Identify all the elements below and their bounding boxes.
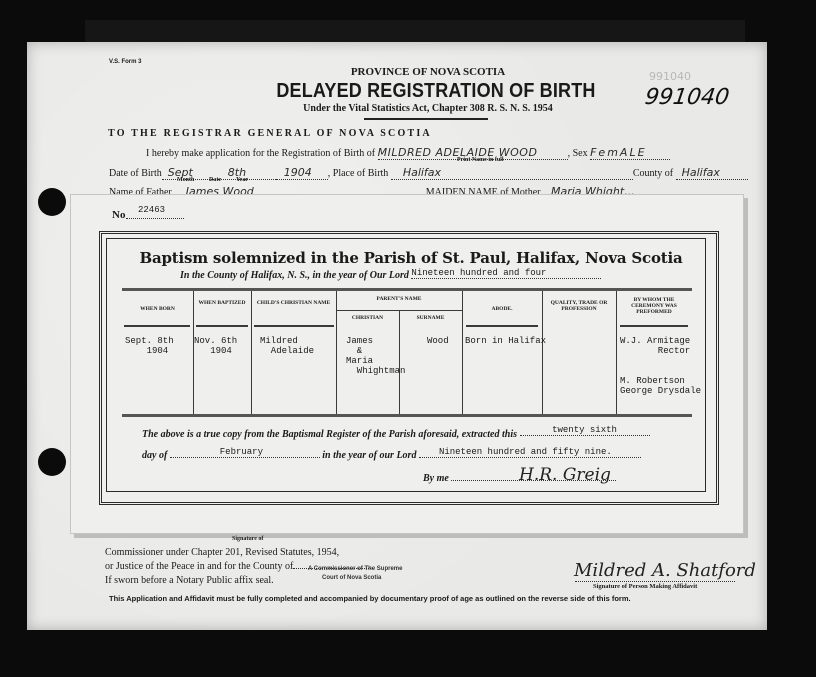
dob-year-field: 1904 (276, 166, 328, 180)
name-line: I hereby make application for the Regist… (146, 146, 670, 160)
sex-field: FemALE (590, 146, 670, 160)
name-caption: Print Name in full (457, 157, 504, 163)
county-label: County of (633, 168, 673, 179)
col-header-performed-by: BY WHOM THE CEREMONY WAS PREFORMED (620, 297, 688, 315)
punch-hole-bottom (38, 448, 66, 476)
col-header-abode: ABODE. (462, 306, 542, 312)
attest-day-field: twenty sixth (520, 425, 650, 436)
cell-parent-surname: Wood (427, 336, 449, 346)
certificate-no-underline (126, 218, 184, 219)
date-caption: Date (209, 177, 221, 183)
cell-when-baptized: Nov. 6th 1904 (194, 336, 237, 356)
place-field: Halifax (391, 166, 633, 180)
commissioner-line: Commissioner under Chapter 201, Revised … (105, 547, 339, 558)
place-label: , Place of Birth (328, 168, 389, 179)
header-underline (124, 325, 190, 327)
header-underline (466, 325, 538, 327)
header-underline (620, 325, 688, 327)
addressee: TO THE REGISTRAR GENERAL OF NOVA SCOTIA (108, 128, 432, 139)
punch-hole-top (38, 188, 66, 216)
registration-number: 991040 (643, 85, 730, 110)
col-header-christian-name: CHILD'S CHRISTIAN NAME (251, 300, 336, 306)
col-divider (616, 291, 617, 415)
month-caption: Month (177, 177, 194, 183)
attest-year-field: Nineteen hundred and fifty nine. (419, 447, 641, 458)
attest-date-line: day of February in the year of our Lord … (142, 450, 641, 462)
affiant-signature: Mildred A. Shatford (574, 560, 756, 581)
certificate-no-label: No (112, 209, 125, 221)
cell-when-born: Sept. 8th 1904 (125, 336, 174, 356)
col-header-parent-surname: SURNAME (399, 315, 462, 321)
completion-notice: This Application and Affidavit must be f… (109, 594, 631, 603)
county-line: In the County of Halifax, N. S., in the … (180, 270, 601, 282)
parent-subheader-rule (336, 310, 462, 311)
county-field: Halifax (676, 166, 748, 180)
certificate-no-value: 22463 (138, 205, 165, 215)
title-rule (364, 118, 488, 120)
year-caption: Year (236, 177, 248, 183)
notary-line: If sworn before a Notary Public affix se… (105, 575, 274, 586)
affiant-signature-underline (575, 581, 735, 582)
cell-christian-name: Mildred Adelaide (260, 336, 314, 356)
sex-label: , Sex (568, 148, 588, 159)
col-header-parents-name: PARENT'S NAME (336, 296, 462, 302)
day-of-label: day of (142, 450, 167, 461)
col-header-when-born: WHEN BORN (122, 306, 193, 312)
registration-number-pencil: 991040 (649, 70, 691, 83)
col-header-when-baptized: WHEN BAPTIZED (193, 300, 251, 306)
commissioner-stamp-line2: Court of Nova Scotia (322, 575, 381, 581)
affiant-signature-label: Signature of Person Making Affidavit (593, 583, 697, 590)
form-number: V.S. Form 3 (109, 59, 141, 65)
cell-parent-christian: James & Maria Whightman (346, 336, 405, 376)
cell-performed-by: W.J. Armitage Rector M. Robertson George… (620, 336, 701, 396)
justice-label: or Justice of the Peace in and for the C… (105, 561, 293, 572)
table-top-rule (122, 288, 692, 291)
signature-of-label: Signature of (232, 536, 263, 542)
cell-abode: Born in Halifax (465, 336, 546, 346)
table-bottom-rule (122, 414, 692, 417)
header-underline (196, 325, 248, 327)
year-of-lord-label: in the year of our Lord (322, 450, 416, 461)
intro-label: I hereby make application for the Regist… (146, 148, 375, 159)
col-divider (542, 291, 543, 415)
dob-line: Date of BirthSept8th1904, Place of Birth… (109, 166, 748, 180)
dob-label: Date of Birth (109, 168, 162, 179)
by-me-label: By me (423, 473, 449, 484)
col-header-profession: QUALITY, TRADE OR PROFESSION (547, 300, 611, 312)
certificate-title: Baptism solemnized in the Parish of St. … (0, 249, 816, 267)
commissioner-stamp-line1: A Commissioner of The Supreme (308, 566, 402, 572)
baptism-year-field: Nineteen hundred and four (411, 268, 601, 279)
header-underline (254, 325, 334, 327)
attest-label: The above is a true copy from the Baptis… (142, 429, 517, 440)
rector-signature: H.R. Greig (519, 465, 611, 485)
attest-line: The above is a true copy from the Baptis… (142, 429, 650, 441)
province-heading: PROVINCE OF NOVA SCOTIA (0, 66, 816, 78)
attest-month-field: February (170, 447, 320, 458)
col-header-parent-christian: CHRISTIAN (336, 315, 399, 321)
scanner-background (85, 20, 745, 42)
county-line-label: In the County of Halifax, N. S., in the … (180, 270, 409, 281)
col-divider (251, 291, 252, 415)
